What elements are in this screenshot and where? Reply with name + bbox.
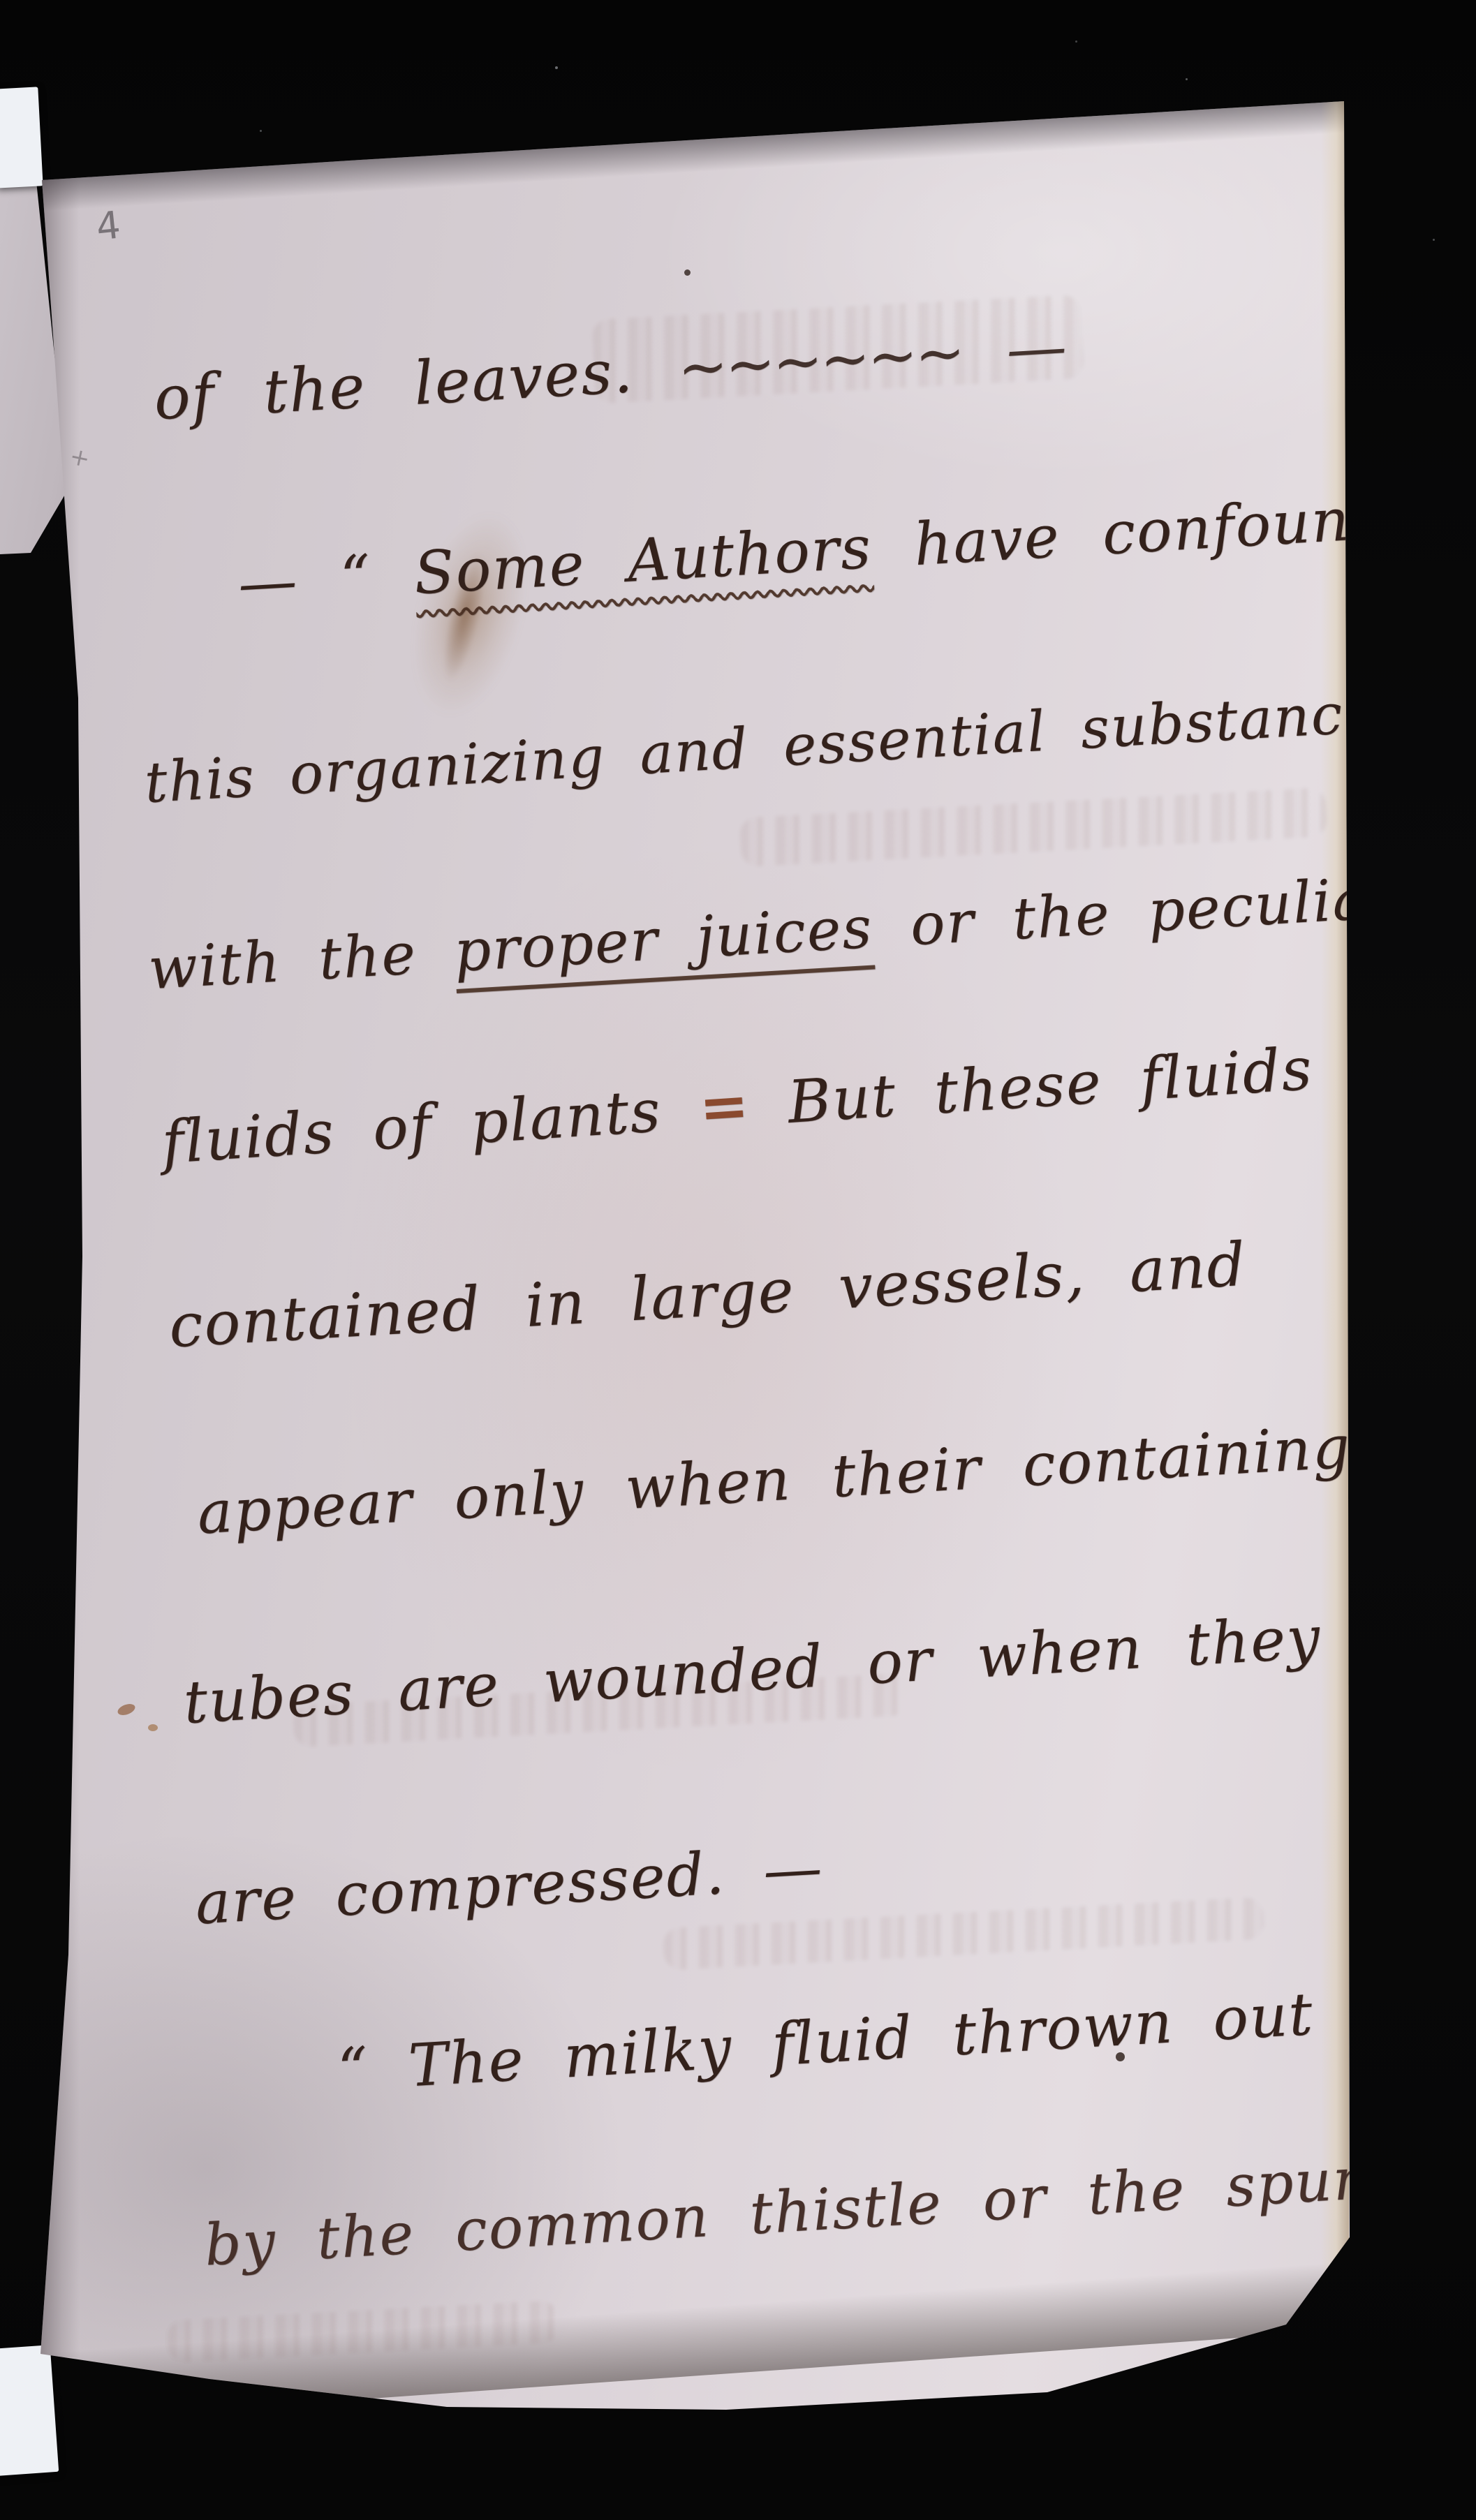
text-segment: are compressed. — (193, 1833, 825, 1938)
manuscript-line-1: of the leaves. ~~~~~~ — (152, 311, 1065, 433)
text-segment: “ The milky fluid thrown out (336, 1980, 1315, 2104)
page-tab-top (0, 87, 43, 188)
page-tab-bottom (0, 2345, 59, 2476)
text-segment: or the peculiar (871, 864, 1398, 961)
dust-speck (1075, 40, 1077, 43)
manuscript-line-6: contained in large vessels, and (167, 1230, 1248, 1362)
text-segment: fluids of plants (160, 1074, 702, 1177)
manuscript-page: 4 + of the leaves. ~~~~~~ —— “ Some Auth… (0, 0, 1476, 2520)
text-segment: of the leaves. (152, 336, 635, 433)
text-segment: Some Authors (412, 513, 873, 608)
dust-speck (555, 66, 558, 69)
text-segment: by the common thistle or the spurge (202, 2142, 1436, 2278)
dust-speck (1433, 239, 1435, 241)
text-segment: ~~~~~~ — (631, 311, 1065, 406)
photo-stage: 4 + of the leaves. ~~~~~~ —— “ Some Auth… (0, 0, 1476, 2520)
manuscript-line-3: this organizing and essential substances (143, 678, 1410, 815)
manuscript-line-8: tubes are wounded or when they . (182, 1599, 1387, 1737)
manuscript-line-11: by the common thistle or the spurge (202, 2142, 1436, 2278)
manuscript-text: of the leaves. ~~~~~~ —— “ Some Authors … (42, 15, 1476, 2447)
dust-speck (260, 130, 262, 132)
dust-speck (1186, 78, 1188, 80)
manuscript-line-10: “ The milky fluid thrown out (336, 1980, 1315, 2104)
manuscript-line-2: — “ Some Authors have confounded; (236, 477, 1476, 618)
text-segment: But these fluids are (748, 1025, 1455, 1139)
text-segment: this organizing and essential substances (143, 678, 1410, 815)
text-segment: with the (147, 919, 456, 1002)
text-segment: = (697, 1070, 752, 1142)
manuscript-line-4: with the proper juices or the peculiar (147, 864, 1398, 1002)
text-segment: — “ (236, 540, 416, 618)
text-segment: contained in large vessels, and (167, 1230, 1248, 1362)
text-segment: tubes are wounded or when they . (182, 1599, 1387, 1737)
manuscript-line-9: are compressed. — (193, 1833, 825, 1938)
manuscript-line-5: fluids of plants = But these fluids are (160, 1025, 1455, 1177)
text-segment: appear only when their containing (195, 1412, 1353, 1547)
manuscript-line-7: appear only when their containing (195, 1412, 1353, 1547)
text-segment: have confounded; (870, 477, 1476, 581)
text-segment: proper juices (452, 895, 875, 985)
